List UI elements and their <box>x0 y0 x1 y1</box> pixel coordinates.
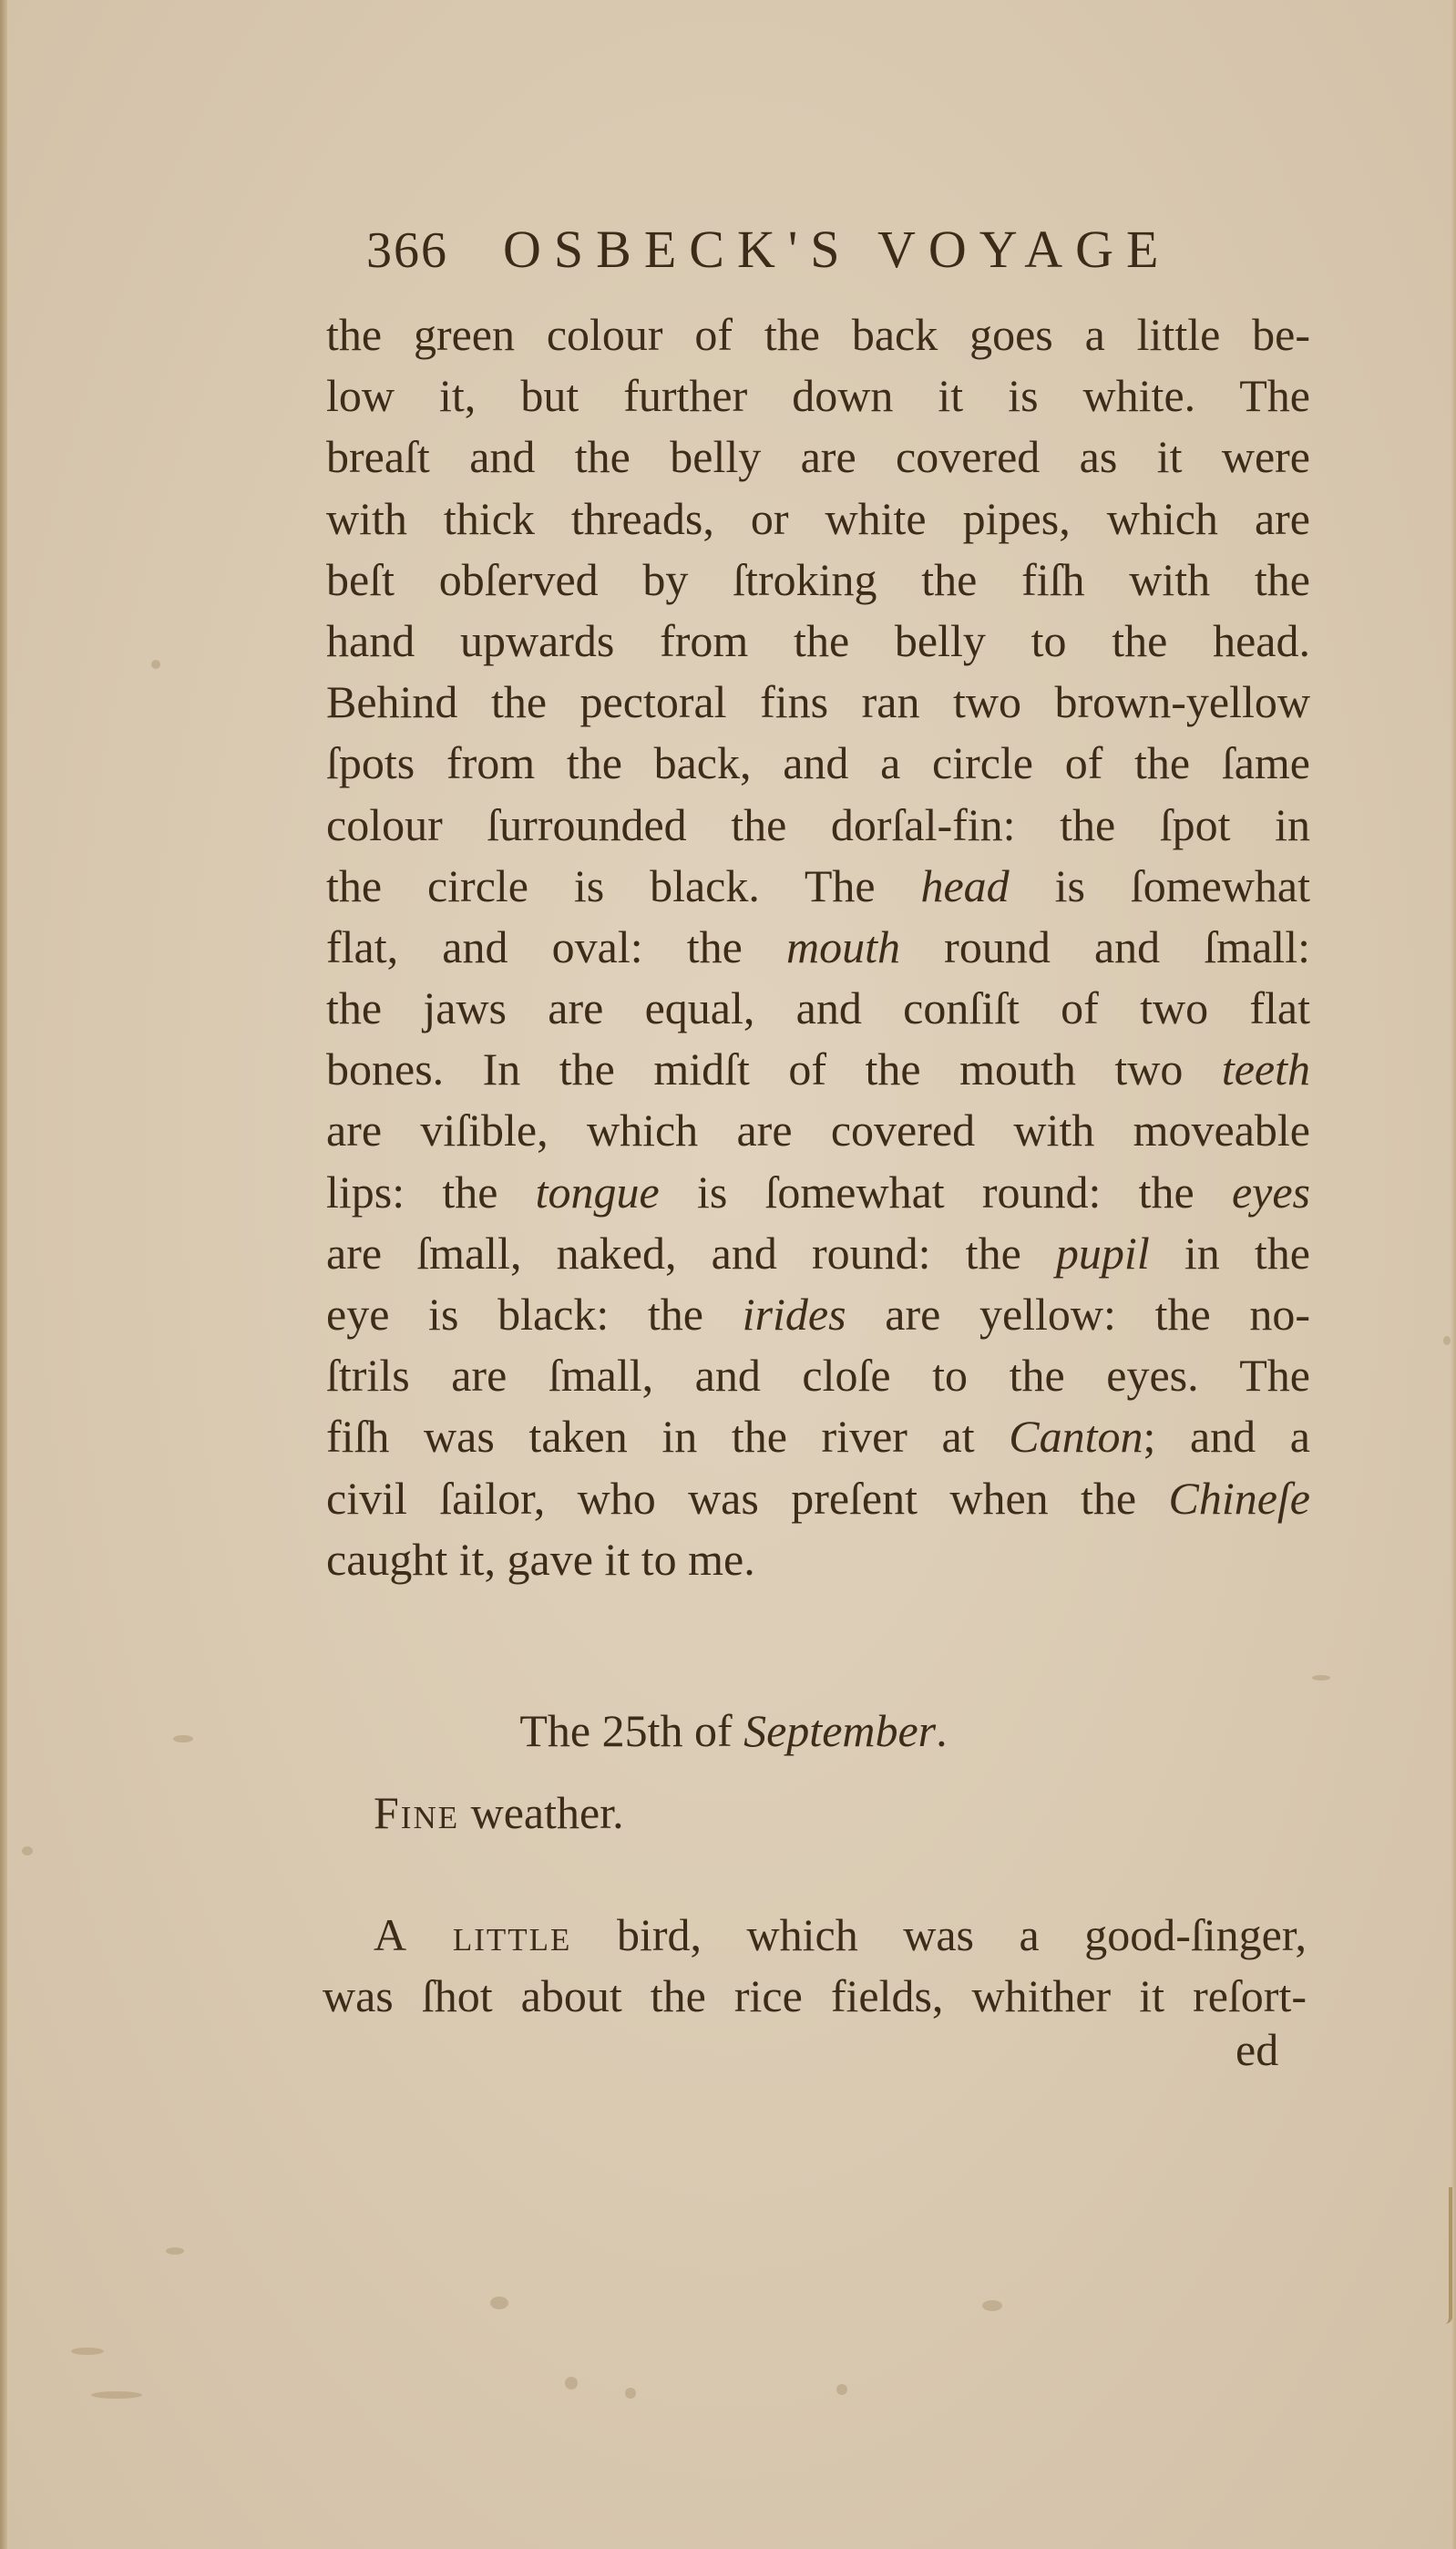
italic-term: irides <box>743 1289 846 1340</box>
book-page: 366 OSBECK'S VOYAGE the green colour of … <box>0 0 1456 2549</box>
text-line: flat, and oval: the mouth round and ſmal… <box>326 917 1310 978</box>
italic-term: pupil <box>1056 1228 1150 1279</box>
text-segment: is ſomewhat <box>1010 860 1310 911</box>
italic-term: eyes <box>1232 1167 1310 1218</box>
text-segment: lips: the <box>326 1167 536 1218</box>
text-segment: civil ſailor, who was preſent when the <box>326 1473 1168 1524</box>
text-line: bones. In the midſt of the mouth two tee… <box>326 1039 1310 1100</box>
page-fold-mark <box>1436 2187 1452 2324</box>
weather-entry: Fine weather. <box>374 1786 624 1839</box>
text-segment: are viſible, which are covered with move… <box>326 1105 1310 1156</box>
paper-speck <box>1443 1336 1451 1345</box>
text-line: are viſible, which are covered with move… <box>326 1100 1310 1161</box>
text-line: caught it, gave it to me. <box>326 1529 1310 1590</box>
text-line: the green colour of the back goes a litt… <box>326 304 1310 365</box>
text-segment: ſpots from the back, and a circle of the… <box>326 737 1310 788</box>
page-binding-edge <box>0 0 7 2549</box>
italic-term: teeth <box>1222 1043 1310 1095</box>
paper-speck <box>71 2348 104 2355</box>
text-segment: flat, and oval: the <box>326 921 786 972</box>
weather-entry-text: weather. <box>459 1787 623 1838</box>
text-segment: the circle is black. The <box>326 860 920 911</box>
text-line: beſt obſerved by ſtroking the fiſh with … <box>326 550 1310 611</box>
text-line: breaſt and the belly are covered as it w… <box>326 427 1310 488</box>
paper-speck <box>982 2300 1002 2311</box>
text-segment: fiſh was taken in the river at <box>326 1411 1009 1462</box>
text-segment: with thick threads, or white pipes, whic… <box>326 493 1310 544</box>
text-line: low it, but further down it is white. Th… <box>326 365 1310 427</box>
text-line: eye is black: the irides are yellow: the… <box>326 1284 1310 1345</box>
text-line: with thick threads, or white pipes, whic… <box>326 488 1310 550</box>
date-heading-month: September <box>743 1705 936 1756</box>
italic-term: mouth <box>786 921 900 972</box>
paper-speck <box>625 2388 636 2399</box>
bird-entry-line-2: was ſhot about the rice fields, whither … <box>323 1966 1307 2027</box>
text-segment: ; and a <box>1143 1411 1310 1462</box>
text-line: civil ſailor, who was preſent when the C… <box>326 1468 1310 1529</box>
weather-entry-smallcaps: Fine <box>374 1787 459 1838</box>
paper-speck <box>151 660 160 669</box>
text-segment: beſt obſerved by ſtroking the fiſh with … <box>326 554 1310 605</box>
italic-term: Canton <box>1009 1411 1143 1462</box>
text-segment: are yellow: the no- <box>846 1289 1310 1340</box>
text-line: ſtrils are ſmall, and cloſe to the eyes.… <box>326 1345 1310 1406</box>
text-line: the jaws are equal, and conſiſt of two f… <box>326 978 1310 1039</box>
catchword: ed <box>1236 2023 1278 2076</box>
bird-entry-line-1: A little bird, which was a good-ſinger, <box>323 1905 1307 1966</box>
date-heading-suffix: . <box>936 1705 948 1756</box>
text-line: colour ſurrounded the dorſal-fin: the ſp… <box>326 795 1310 856</box>
text-segment: Behind the pectoral fins ran two brown-y… <box>326 676 1310 727</box>
text-line: Behind the pectoral fins ran two brown-y… <box>326 672 1310 733</box>
bird-entry: A little bird, which was a good-ſinger, … <box>323 1905 1307 2027</box>
text-segment: breaſt and the belly are covered as it w… <box>326 431 1310 482</box>
text-segment: is ſomewhat round: the <box>660 1167 1232 1218</box>
text-line: lips: the tongue is ſomewhat round: the … <box>326 1162 1310 1223</box>
text-segment: ſtrils are ſmall, and cloſe to the eyes.… <box>326 1350 1310 1401</box>
paper-speck <box>91 2391 142 2399</box>
text-segment: low it, but further down it is white. Th… <box>326 370 1310 421</box>
page-outer-edge <box>1451 0 1456 2549</box>
text-line: ſpots from the back, and a circle of the… <box>326 733 1310 794</box>
text-segment: round and ſmall: <box>900 921 1310 972</box>
text-segment: bones. In the midſt of the mouth two <box>326 1043 1222 1095</box>
text-segment: caught it, gave it to me. <box>326 1534 755 1585</box>
italic-term: tongue <box>536 1167 660 1218</box>
italic-term: head <box>920 860 1009 911</box>
bird-entry-smallcaps: A little <box>374 1909 571 1960</box>
italic-term: Chineſe <box>1168 1473 1310 1524</box>
text-segment: the green colour of the back goes a litt… <box>326 309 1310 360</box>
body-paragraph: the green colour of the back goes a litt… <box>326 304 1310 1590</box>
bird-entry-line-1-text: bird, which was a good-ſinger, <box>571 1909 1307 1960</box>
paper-speck <box>173 1735 193 1742</box>
page-number: 366 <box>366 221 448 280</box>
text-line: the circle is black. The head is ſomewha… <box>326 856 1310 917</box>
text-segment: eye is black: the <box>326 1289 743 1340</box>
paper-speck <box>565 2377 578 2390</box>
running-title: OSBECK'S VOYAGE <box>503 219 1171 280</box>
date-heading: The 25th of September. <box>0 1704 1456 1757</box>
text-segment: the jaws are equal, and conſiſt of two f… <box>326 982 1310 1033</box>
text-segment: hand upwards from the belly to the head. <box>326 615 1310 666</box>
text-line: hand upwards from the belly to the head. <box>326 611 1310 672</box>
text-line: are ſmall, naked, and round: the pupil i… <box>326 1223 1310 1284</box>
text-segment: colour ſurrounded the dorſal-fin: the ſp… <box>326 799 1310 850</box>
date-heading-prefix: The 25th of <box>519 1705 743 1756</box>
paper-speck <box>22 1846 33 1855</box>
paper-speck <box>166 2247 184 2255</box>
running-head: 366 OSBECK'S VOYAGE <box>366 219 1277 292</box>
paper-speck <box>1312 1675 1330 1680</box>
paper-speck <box>490 2297 508 2309</box>
text-segment: are ſmall, naked, and round: the <box>326 1228 1056 1279</box>
text-line: fiſh was taken in the river at Canton; a… <box>326 1406 1310 1467</box>
text-segment: in the <box>1150 1228 1310 1279</box>
paper-speck <box>836 2384 847 2395</box>
